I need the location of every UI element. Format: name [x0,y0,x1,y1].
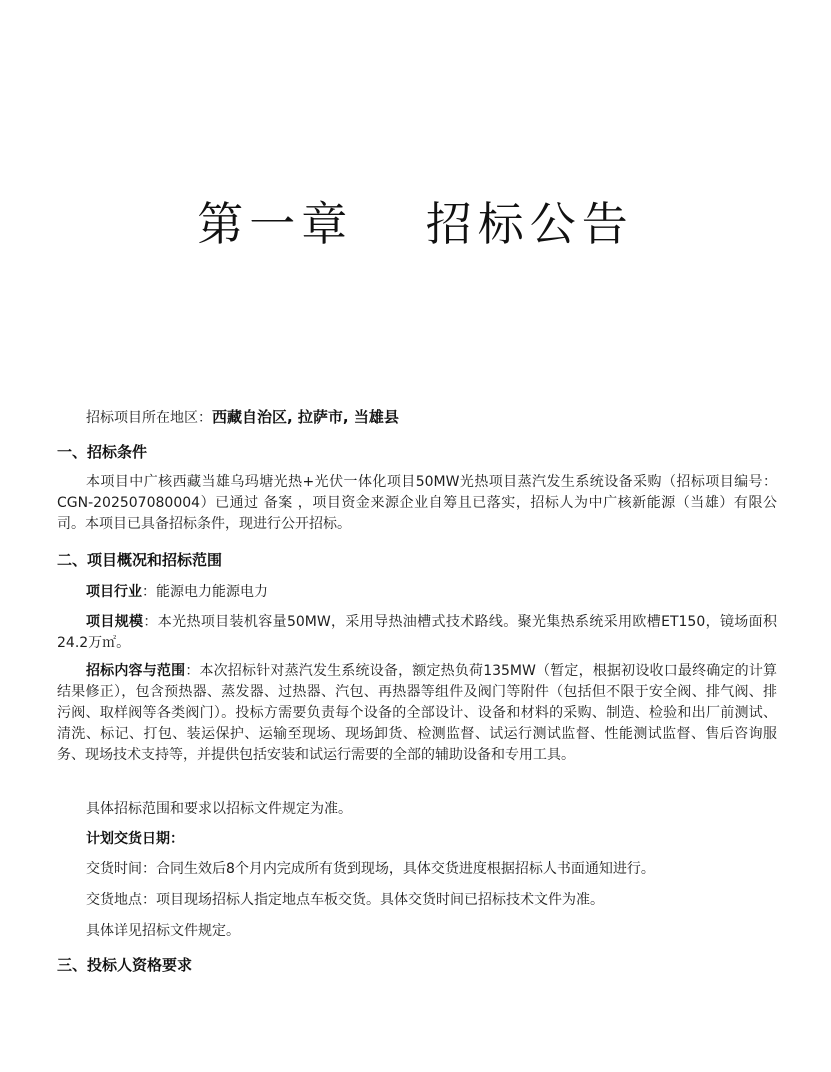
delivery-note: 具体详见招标文件规定。 [86,920,240,940]
scale-paragraph: 项目规模：本光热项目装机容量50MW，采用导热油槽式技术路线。聚光集热系统采用欧… [57,612,777,654]
industry-label: 项目行业 [86,584,142,600]
scope-label: 招标内容与范围 [86,663,185,679]
section-heading-tender-conditions: 一、招标条件 [57,441,147,462]
delivery-place: 交货地点：项目现场招标人指定地点车板交货。具体交货时间已招标技术文件为准。 [86,889,604,909]
scope-note: 具体招标范围和要求以招标文件规定为准。 [86,798,352,818]
industry-paragraph: 项目行业：能源电力能源电力 [57,582,777,603]
project-region: 招标项目所在地区：西藏自治区, 拉萨市, 当雄县 [86,406,399,427]
delivery-time: 交货时间：合同生效后8个月内完成所有货到现场，具体交货进度根据招标人书面通知进行… [86,858,655,878]
scale-label: 项目规模 [86,614,143,630]
delivery-label: 计划交货日期 [86,831,170,847]
section-heading-bidder-qualifications: 三、投标人资格要求 [57,954,192,975]
scale-value: ：本光热项目装机容量50MW，采用导热油槽式技术路线。聚光集热系统采用欧槽ET1… [57,614,777,651]
tender-conditions-text: 本项目中广核西藏当雄乌玛塘光热+光伏一体化项目50MW光热项目蒸汽发生系统设备采… [57,472,777,535]
scope-paragraph: 招标内容与范围：本次招标针对蒸汽发生系统设备，额定热负荷135MW（暂定，根据初… [57,661,777,766]
document-page: 第一章 招标公告 招标项目所在地区：西藏自治区, 拉萨市, 当雄县 一、招标条件… [0,0,831,1072]
region-value: 西藏自治区, 拉萨市, 当雄县 [212,408,399,426]
tender-conditions-paragraph: 本项目中广核西藏当雄乌玛塘光热+光伏一体化项目50MW光热项目蒸汽发生系统设备采… [57,472,777,535]
chapter-title: 第一章 招标公告 [0,188,831,254]
delivery-date-heading: 计划交货日期： [86,828,184,848]
delivery-colon: ： [170,831,184,847]
industry-value: ：能源电力能源电力 [142,584,268,600]
section-heading-project-overview: 二、项目概况和招标范围 [57,549,222,570]
region-label: 招标项目所在地区： [86,410,212,426]
